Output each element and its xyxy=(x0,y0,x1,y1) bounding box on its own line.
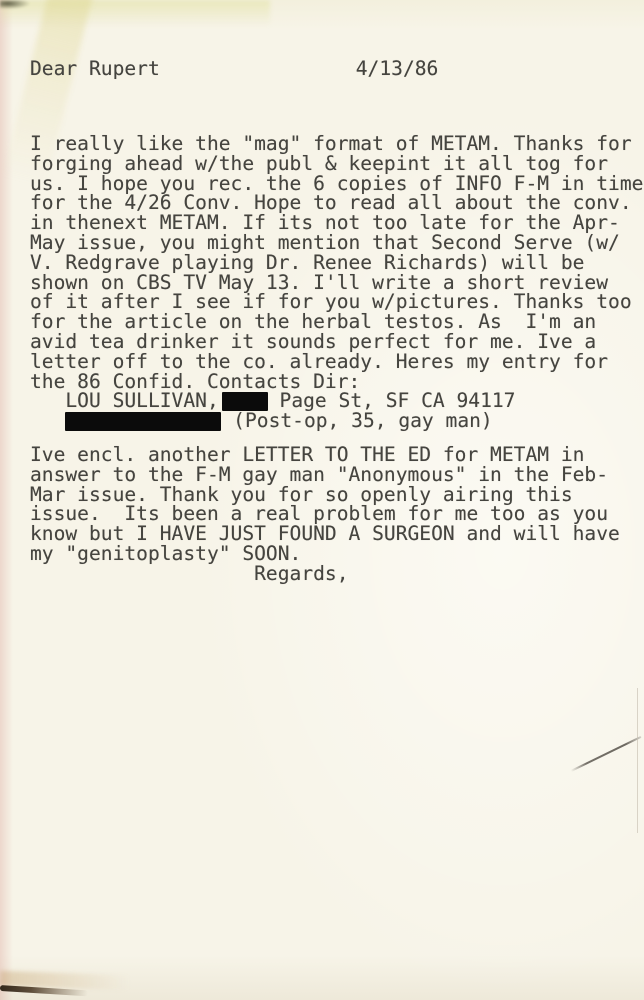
letter-line: forging ahead w/the publ & keepint it al… xyxy=(30,154,643,174)
paper-right-edge xyxy=(637,688,638,833)
letter-lines: I really like the "mag" format of METAM.… xyxy=(30,134,643,584)
letter-line: V. Redgrave playing Dr. Renee Richards) … xyxy=(30,253,643,273)
salutation: Dear Rupert xyxy=(30,57,160,80)
redacted-phone xyxy=(65,412,221,431)
letter-line: (Post-op, 35, gay man) xyxy=(30,411,643,431)
letter-line: my "genitoplasty" SOON. xyxy=(30,544,643,564)
letter-line: May issue, you might mention that Second… xyxy=(30,233,643,253)
letter-header: Dear Rupert4/13/86 xyxy=(30,59,643,79)
pencil-mark xyxy=(571,736,642,772)
scanned-letter-page: Dear Rupert4/13/86 I really like the "ma… xyxy=(0,0,644,1000)
letter-line: know but I HAVE JUST FOUND A SURGEON and… xyxy=(30,524,643,544)
letter-line: I really like the "mag" format of METAM.… xyxy=(30,134,643,154)
paper-bottom-smear xyxy=(0,971,130,991)
scan-bottom-edge-streak xyxy=(0,985,88,996)
letter-line: in thenext METAM. If its not too late fo… xyxy=(30,213,643,233)
scan-corner-smudge xyxy=(0,0,30,9)
letter-line: avid tea drinker it sounds perfect for m… xyxy=(30,332,643,352)
letter: Dear Rupert4/13/86 I really like the "ma… xyxy=(30,19,643,623)
letter-date: 4/13/86 xyxy=(356,57,439,80)
letter-line: for the article on the herbal testos. As… xyxy=(30,312,643,332)
letter-line: Ive encl. another LETTER TO THE ED for M… xyxy=(30,445,643,465)
scan-left-edge-tint xyxy=(0,0,13,1000)
letter-line: letter off to the co. already. Heres my … xyxy=(30,352,643,372)
letter-line: Regards, xyxy=(30,564,643,584)
letter-line: answer to the F-M gay man "Anonymous" in… xyxy=(30,465,643,485)
